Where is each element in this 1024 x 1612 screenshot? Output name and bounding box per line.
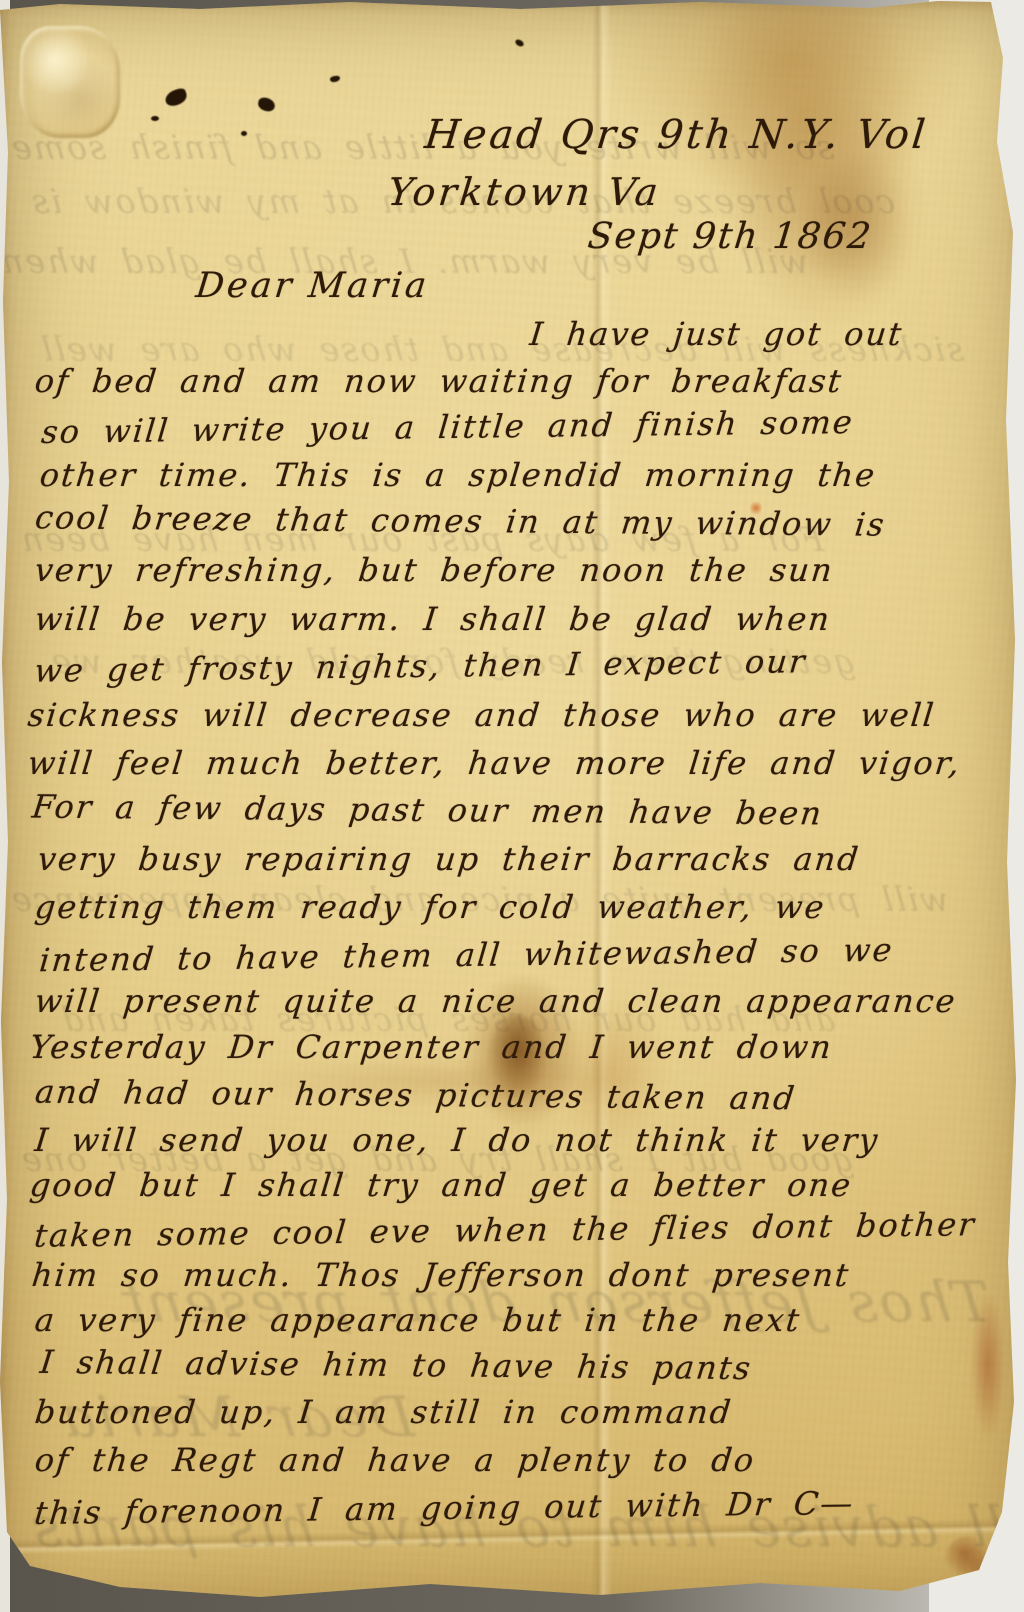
letter-paper: so will write you a little and finish so…	[0, 0, 1024, 1612]
letter-line: we get frosty nights, then I expect our	[33, 642, 808, 689]
letter-line: For a few days past our men have been	[30, 788, 825, 833]
letter-line: will present quite a nice and clean appe…	[33, 982, 959, 1020]
letter-line: taken some cool eve when the flies dont …	[33, 1205, 978, 1254]
letter-heading-unit: Head Qrs 9th N.Y. Vol	[423, 112, 931, 158]
ink-blot	[163, 87, 189, 108]
ink-blot	[330, 75, 341, 82]
letter-line: very refreshing, but before noon the sun	[33, 551, 836, 589]
ink-blot	[257, 96, 276, 112]
letter-line: I shall advise him to have his pants	[38, 1343, 754, 1387]
letter-line: buttoned up, I am still in command	[33, 1393, 734, 1431]
ink-blot	[241, 131, 247, 136]
stain-right-edge	[972, 1295, 1004, 1435]
letter-line: good but I shall try and get a better on…	[28, 1166, 854, 1204]
letter-line: cool breeze that comes in at my window i…	[33, 498, 888, 543]
letter-heading-place: Yorktown Va	[386, 170, 663, 214]
letter-line: of the Regt and have a plenty to do	[33, 1441, 757, 1479]
letter-line: of bed and am now waiting for breakfast	[33, 362, 845, 400]
letter-line: so will write you a little and finish so…	[40, 403, 856, 451]
letter-line: I will send you one, I do not think it v…	[33, 1121, 881, 1159]
letter-line: intend to have them all whitewashed so w…	[38, 931, 896, 979]
embossed-seal	[20, 26, 120, 138]
letter-line: him so much. Thos Jefferson dont present	[30, 1256, 852, 1294]
letter-line: getting them ready for cold weather, we	[33, 888, 828, 926]
ink-blot	[151, 116, 159, 121]
letter-line: Yesterday Dr Carpenter and I went down	[28, 1028, 835, 1066]
letter-heading-date: Sept 9th 1862	[586, 216, 875, 257]
letter-line: a very fine appearance but in the next	[33, 1301, 803, 1339]
letter-line: will be very warm. I shall be glad when	[33, 600, 833, 638]
letter-line: will feel much better, have more life an…	[26, 744, 963, 782]
letter-line: other time. This is a splendid morning t…	[38, 456, 878, 494]
letter-line: I have just got out	[528, 315, 905, 353]
letter-line: very busy repairing up their barracks an…	[36, 840, 862, 878]
ink-blot	[514, 38, 525, 48]
letter-line: sickness will decrease and those who are…	[26, 696, 937, 734]
letter-scan: so will write you a little and finish so…	[0, 0, 1024, 1612]
letter-salutation: Dear Maria	[194, 266, 431, 306]
letter-line: and had our horses pictures taken and	[33, 1073, 798, 1118]
